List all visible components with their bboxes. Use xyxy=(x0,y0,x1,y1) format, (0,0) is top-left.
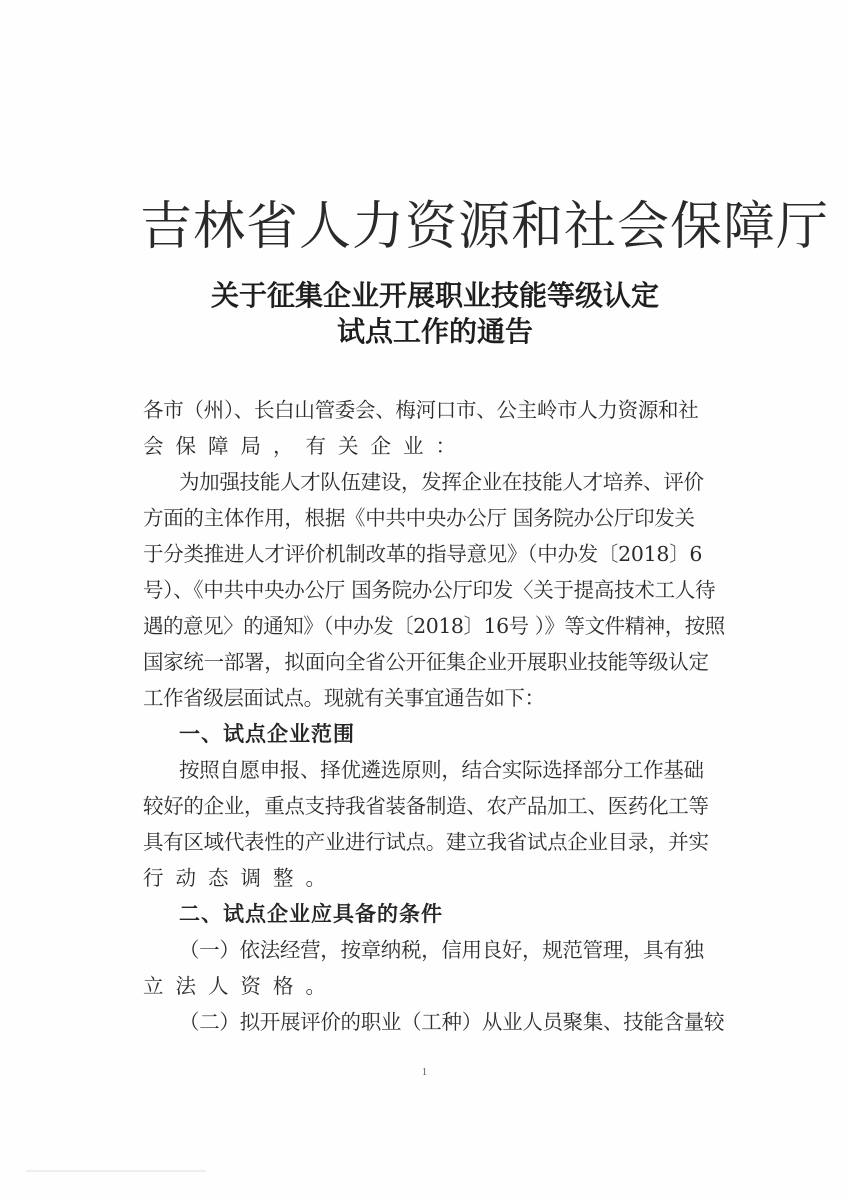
body-line: 国家统一部署，拟面向全省公开征集企业开展职业技能等级认定 xyxy=(143,644,733,680)
notice-title-line-2: 试点工作的通告 xyxy=(140,314,730,350)
notice-title: 关于征集企业开展职业技能等级认定 试点工作的通告 xyxy=(140,278,730,350)
body-line: 方面的主体作用，根据《中共中央办公厅 国务院办公厅印发关 xyxy=(143,500,733,536)
issuer-title: 吉林省人力资源和社会保障厅 xyxy=(140,196,730,258)
body-line: 会保障局，有关企业： xyxy=(143,428,733,464)
scan-artifact-line xyxy=(26,1170,206,1172)
page-number: 1 xyxy=(422,1067,427,1078)
body-line: （二）拟开展评价的职业（工种）从业人员聚集、技能含量较 xyxy=(143,1004,733,1040)
section-heading-1: 一、试点企业范围 xyxy=(143,716,733,752)
body-line: 较好的企业，重点支持我省装备制造、农产品加工、医药化工等 xyxy=(143,788,733,824)
notice-title-line-1: 关于征集企业开展职业技能等级认定 xyxy=(140,278,730,314)
body-line: 工作省级层面试点。现就有关事宜通告如下： xyxy=(143,680,733,716)
body-line: 具有区域代表性的产业进行试点。建立我省试点企业目录，并实 xyxy=(143,824,733,860)
body-line: 行动态调整。 xyxy=(143,860,733,896)
section-heading-2: 二、试点企业应具备的条件 xyxy=(143,896,733,932)
body-line: （一）依法经营，按章纳税，信用良好，规范管理，具有独 xyxy=(143,932,733,968)
body-line: 遇的意见〉的通知》（中办发〔2018〕16号 ）》等文件精神，按照 xyxy=(143,608,733,644)
body-line: 立法人资格。 xyxy=(143,968,733,1004)
body-line: 于分类推进人才评价机制改革的指导意见》（中办发〔2018〕6 xyxy=(143,536,733,572)
document-body: 各市（州）、长白山管委会、梅河口市、公主岭市人力资源和社 会保障局，有关企业： … xyxy=(143,392,733,1040)
body-line: 为加强技能人才队伍建设，发挥企业在技能人才培养、评价 xyxy=(143,464,733,500)
body-line: 号）、《中共中央办公厅 国务院办公厅印发〈关于提高技术工人待 xyxy=(143,572,733,608)
body-line: 各市（州）、长白山管委会、梅河口市、公主岭市人力资源和社 xyxy=(143,392,733,428)
body-line: 按照自愿申报、择优遴选原则，结合实际选择部分工作基础 xyxy=(143,752,733,788)
document-page: 吉林省人力资源和社会保障厅 关于征集企业开展职业技能等级认定 试点工作的通告 各… xyxy=(0,0,850,1202)
